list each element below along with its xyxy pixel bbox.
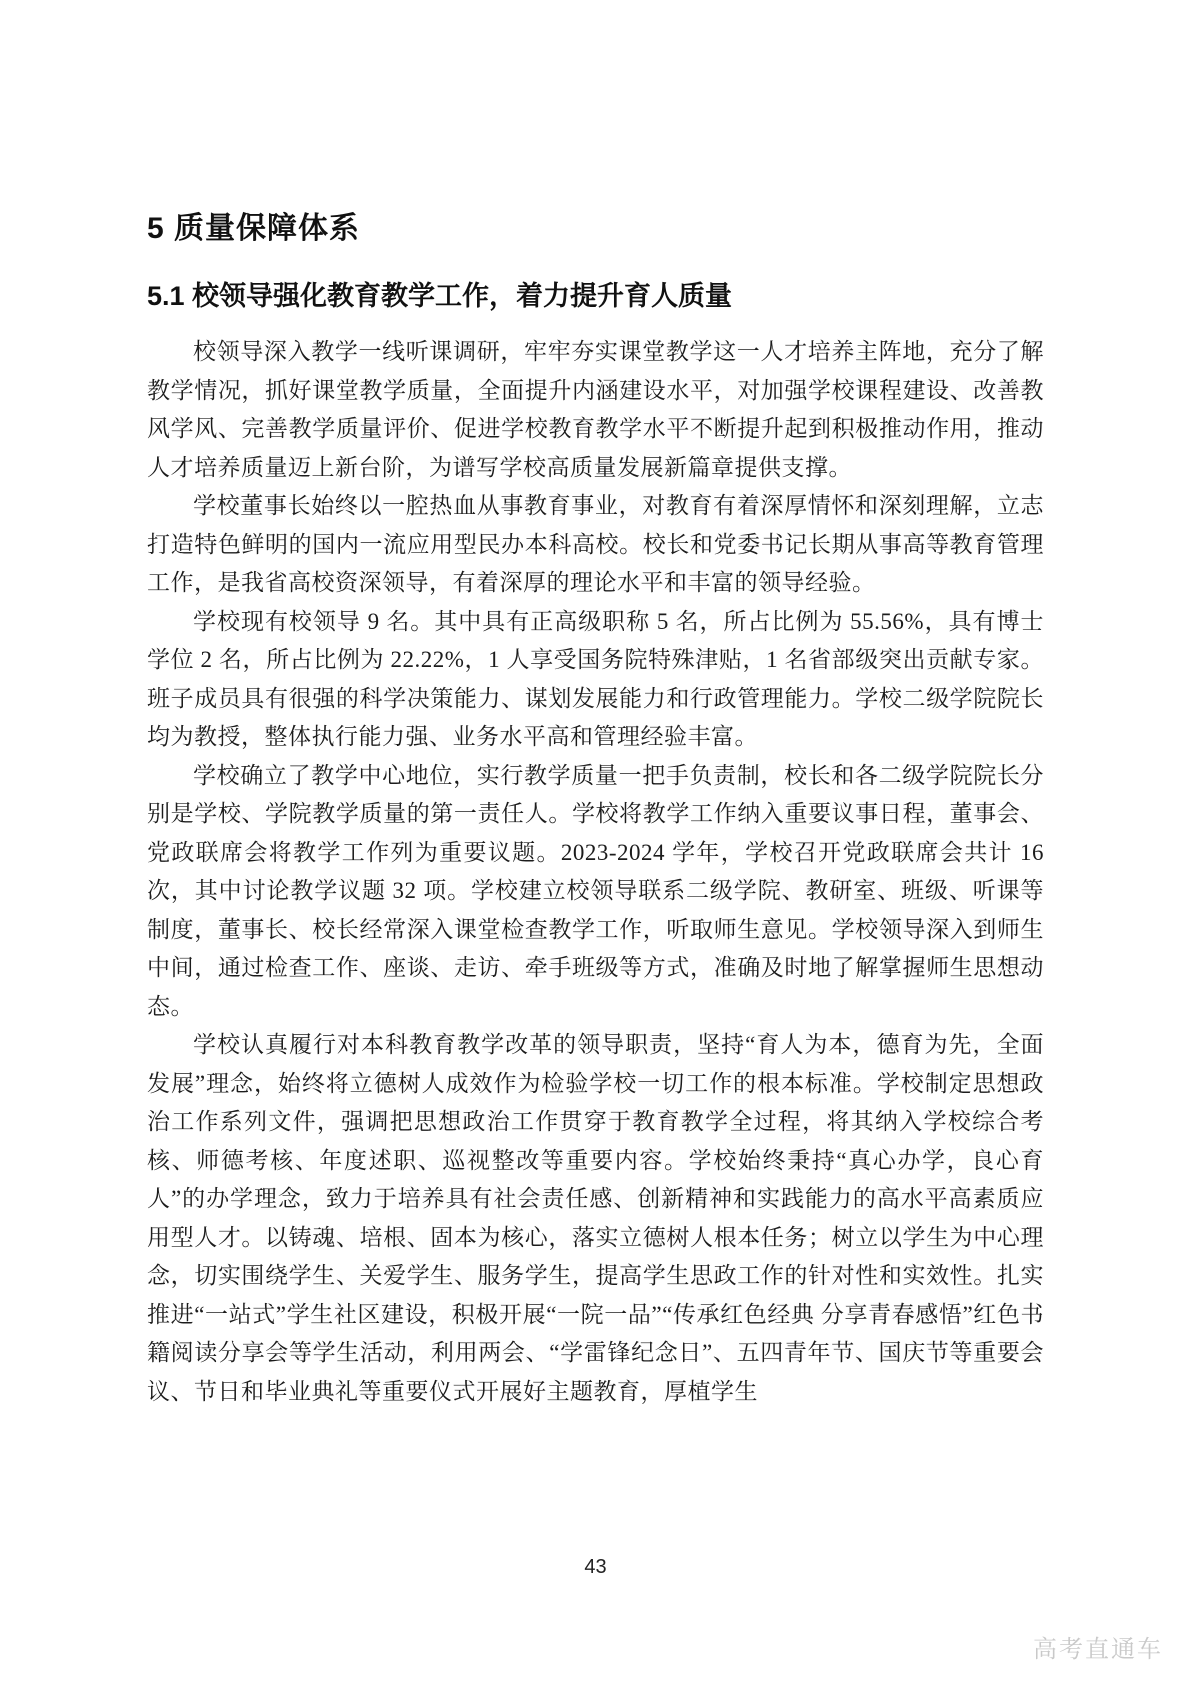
document-page: 5 质量保障体系 5.1 校领导强化教育教学工作，着力提升育人质量 校领导深入教…: [0, 0, 1191, 1684]
body-text: 校领导深入教学一线听课调研，牢牢夯实课堂教学这一人才培养主阵地，充分了解教学情况…: [147, 333, 1044, 1411]
paragraph-3: 学校现有校领导 9 名。其中具有正高级职称 5 名，所占比例为 55.56%，具…: [147, 603, 1044, 757]
paragraph-5: 学校认真履行对本科教育教学改革的领导职责，坚持“育人为本，德育为先，全面发展”理…: [147, 1026, 1044, 1411]
section-heading: 5 质量保障体系: [147, 213, 1044, 245]
document-content: 5 质量保障体系 5.1 校领导强化教育教学工作，着力提升育人质量 校领导深入教…: [147, 213, 1044, 1411]
paragraph-2: 学校董事长始终以一腔热血从事教育事业，对教育有着深厚情怀和深刻理解，立志打造特色…: [147, 487, 1044, 603]
subsection-heading: 5.1 校领导强化教育教学工作，着力提升育人质量: [147, 281, 1044, 311]
watermark-text: 高考直通车: [1033, 1629, 1163, 1664]
page-number: 43: [0, 1556, 1191, 1579]
paragraph-4: 学校确立了教学中心地位，实行教学质量一把手负责制，校长和各二级学院院长分别是学校…: [147, 757, 1044, 1027]
paragraph-1: 校领导深入教学一线听课调研，牢牢夯实课堂教学这一人才培养主阵地，充分了解教学情况…: [147, 333, 1044, 487]
